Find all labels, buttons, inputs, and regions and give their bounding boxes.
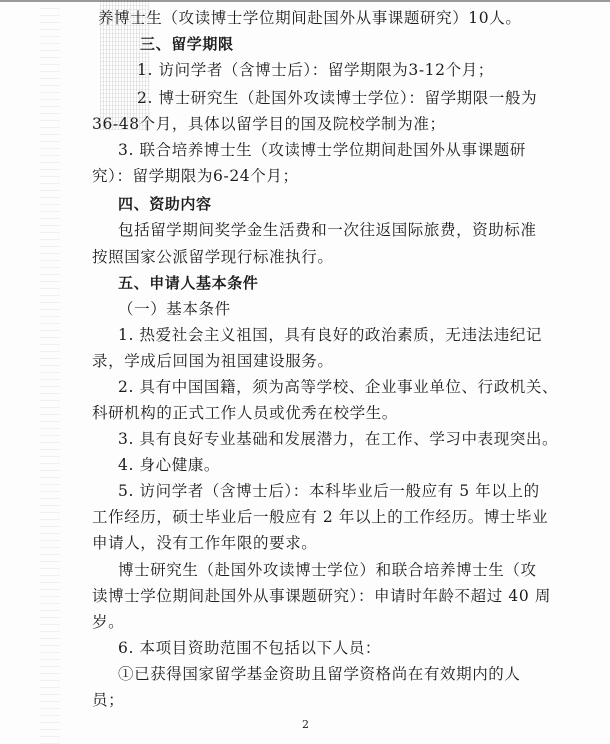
text-line: 4. 身心健康。 — [118, 455, 220, 475]
text-line: 5. 访问学者（含博士后）：本科毕业后一般应有 5 年以上的 — [118, 481, 540, 501]
section-heading: 四、资助内容 — [118, 194, 212, 214]
text-line: （一）基本条件 — [118, 299, 231, 319]
text-line: 员； — [92, 690, 124, 710]
text-line: 录，学成后回国为祖国建设服务。 — [92, 351, 334, 371]
text-line: 1. 访问学者（含博士后）：留学期限为3-12个月； — [137, 60, 494, 80]
text-line: 究）：留学期限为6-24个月； — [92, 166, 299, 186]
text-line: 博士研究生（赴国外攻读博士学位）和联合培养博士生（攻 — [118, 560, 537, 580]
text-line: 36-48个月，具体以留学目的国及院校学制为准； — [92, 114, 446, 134]
scan-noise-margin — [40, 0, 60, 744]
text-line: 工作经历，硕士毕业后一般应有 2 年以上的工作经历。博士毕业 — [92, 507, 548, 527]
text-line: ①已获得国家留学基金资助且留学资格尚在有效期内的人 — [118, 664, 521, 684]
text-line: 申请人，没有工作年限的要求。 — [92, 533, 317, 553]
document-page: 养博士生（攻读博士学位期间赴国外从事课题研究）10人。三、留学期限1. 访问学者… — [0, 0, 610, 744]
text-line: 读博士学位期间赴国外从事课题研究）：申请时年龄不超过 40 周 — [92, 586, 551, 606]
text-line: 科研机构的正式工作人员或优秀在校学生。 — [92, 403, 398, 423]
section-heading: 五、申请人基本条件 — [118, 273, 258, 293]
text-line: 6. 本项目资助范围不包括以下人员： — [118, 638, 381, 658]
text-line: 包括留学期间奖学金生活费和一次往返国际旅费，资助标准 — [118, 220, 537, 240]
text-line: 岁。 — [92, 612, 124, 632]
page-number: 2 — [302, 718, 309, 731]
text-line: 2. 具有中国国籍，须为高等学校、企业事业单位、行政机关、 — [118, 377, 558, 397]
text-line: 1. 热爱社会主义祖国，具有良好的政治素质，无违法违纪记 — [118, 325, 542, 345]
section-heading: 三、留学期限 — [140, 34, 234, 54]
scan-top-edge — [0, 0, 610, 2]
text-line: 3. 联合培养博士生（攻读博士学位期间赴国外从事课题研 — [118, 140, 526, 160]
text-line: 3. 具有良好专业基础和发展潜力，在工作、学习中表现突出。 — [118, 429, 558, 449]
text-line: 按照国家公派留学现行标准执行。 — [92, 247, 334, 267]
text-line: 2. 博士研究生（赴国外攻读博士学位）：留学期限一般为 — [137, 88, 537, 108]
text-line: 养博士生（攻读博士学位期间赴国外从事课题研究）10人。 — [98, 8, 521, 28]
